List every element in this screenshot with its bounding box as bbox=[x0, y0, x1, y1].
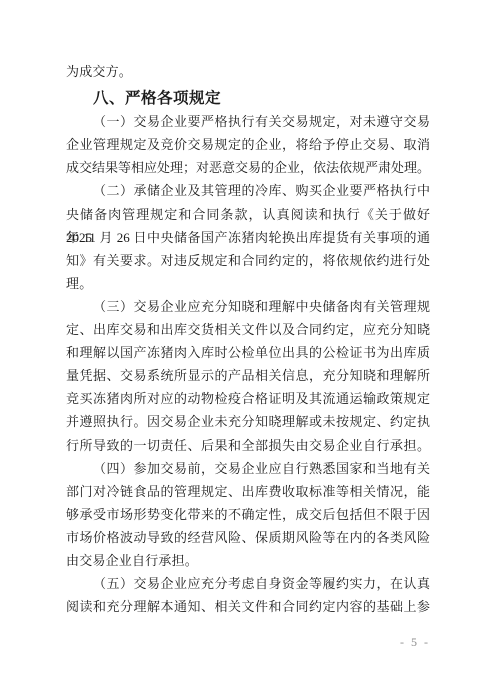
text-line: 定、出库交易和出库交货相关文件以及合同约定，应充分知晓 bbox=[66, 318, 430, 341]
text-line: 量凭据、交易系统所显示的产品相关信息，充分知晓和理解所 bbox=[66, 364, 430, 387]
text-line: 成交结果等相应处理；对恶意交易的企业，依法依规严肃处理。 bbox=[66, 156, 430, 179]
text-line: 由交易企业自行承担。 bbox=[66, 549, 430, 572]
text-line: （一）交易企业要严格执行有关交易规定，对未遵守交易 bbox=[66, 110, 430, 133]
document-page: 为成交方。八、严格各项规定（一）交易企业要严格执行有关交易规定，对未遵守交易企业… bbox=[0, 0, 494, 700]
text-line: 和理解以国产冻猪肉入库时公检单位出具的公检证书为出库质 bbox=[66, 341, 430, 364]
text-line: （四）参加交易前，交易企业应自行熟悉国家和当地有关 bbox=[66, 457, 430, 480]
text-line: 竞买冻猪肉所对应的动物检疫合格证明及其流通运输政策规定 bbox=[66, 387, 430, 410]
text-line: 并遵照执行。因交易企业未充分知晓理解或未按规定、约定执 bbox=[66, 410, 430, 433]
text-line: 够承受市场形势变化带来的不确定性，成交后包括但不限于因 bbox=[66, 503, 430, 526]
text-line: 阅读和充分理解本通知、相关文件和合同约定内容的基础上参 bbox=[66, 595, 430, 618]
document-text-block: 为成交方。八、严格各项规定（一）交易企业要严格执行有关交易规定，对未遵守交易企业… bbox=[66, 60, 430, 618]
text-line: （三）交易企业应充分知晓和理解中央储备肉有关管理规 bbox=[66, 295, 430, 318]
text-line: 企业管理规定及竞价交易规定的企业，将给予停止交易、取消 bbox=[66, 133, 430, 156]
text-line: 理。 bbox=[66, 272, 430, 295]
text-line: （五）交易企业应充分考虑自身资金等履约实力，在认真 bbox=[66, 572, 430, 595]
text-line: 为成交方。 bbox=[66, 60, 430, 83]
text-line: 行所导致的一切责任、后果和全部损失由交易企业自行承担。 bbox=[66, 434, 430, 457]
page-number: - 5 - bbox=[400, 634, 430, 650]
section-heading: 八、严格各项规定 bbox=[66, 87, 430, 110]
text-line: （二）承储企业及其管理的冷库、购买企业要严格执行中 bbox=[66, 179, 430, 202]
text-line: 市场价格波动导致的经营风险、保质期风险等在内的各类风险 bbox=[66, 526, 430, 549]
text-line: 年 11 月 26 日中央储备国产冻猪肉轮换出库提货有关事项的通 bbox=[66, 226, 430, 249]
text-line: 部门对冷链食品的管理规定、出库费收取标准等相关情况，能 bbox=[66, 480, 430, 503]
text-line: 知》有关要求。对违反规定和合同约定的，将依规依约进行处 bbox=[66, 249, 430, 272]
text-line: 央储备肉管理规定和合同条款，认真阅读和执行《关于做好 2025 bbox=[66, 203, 430, 226]
